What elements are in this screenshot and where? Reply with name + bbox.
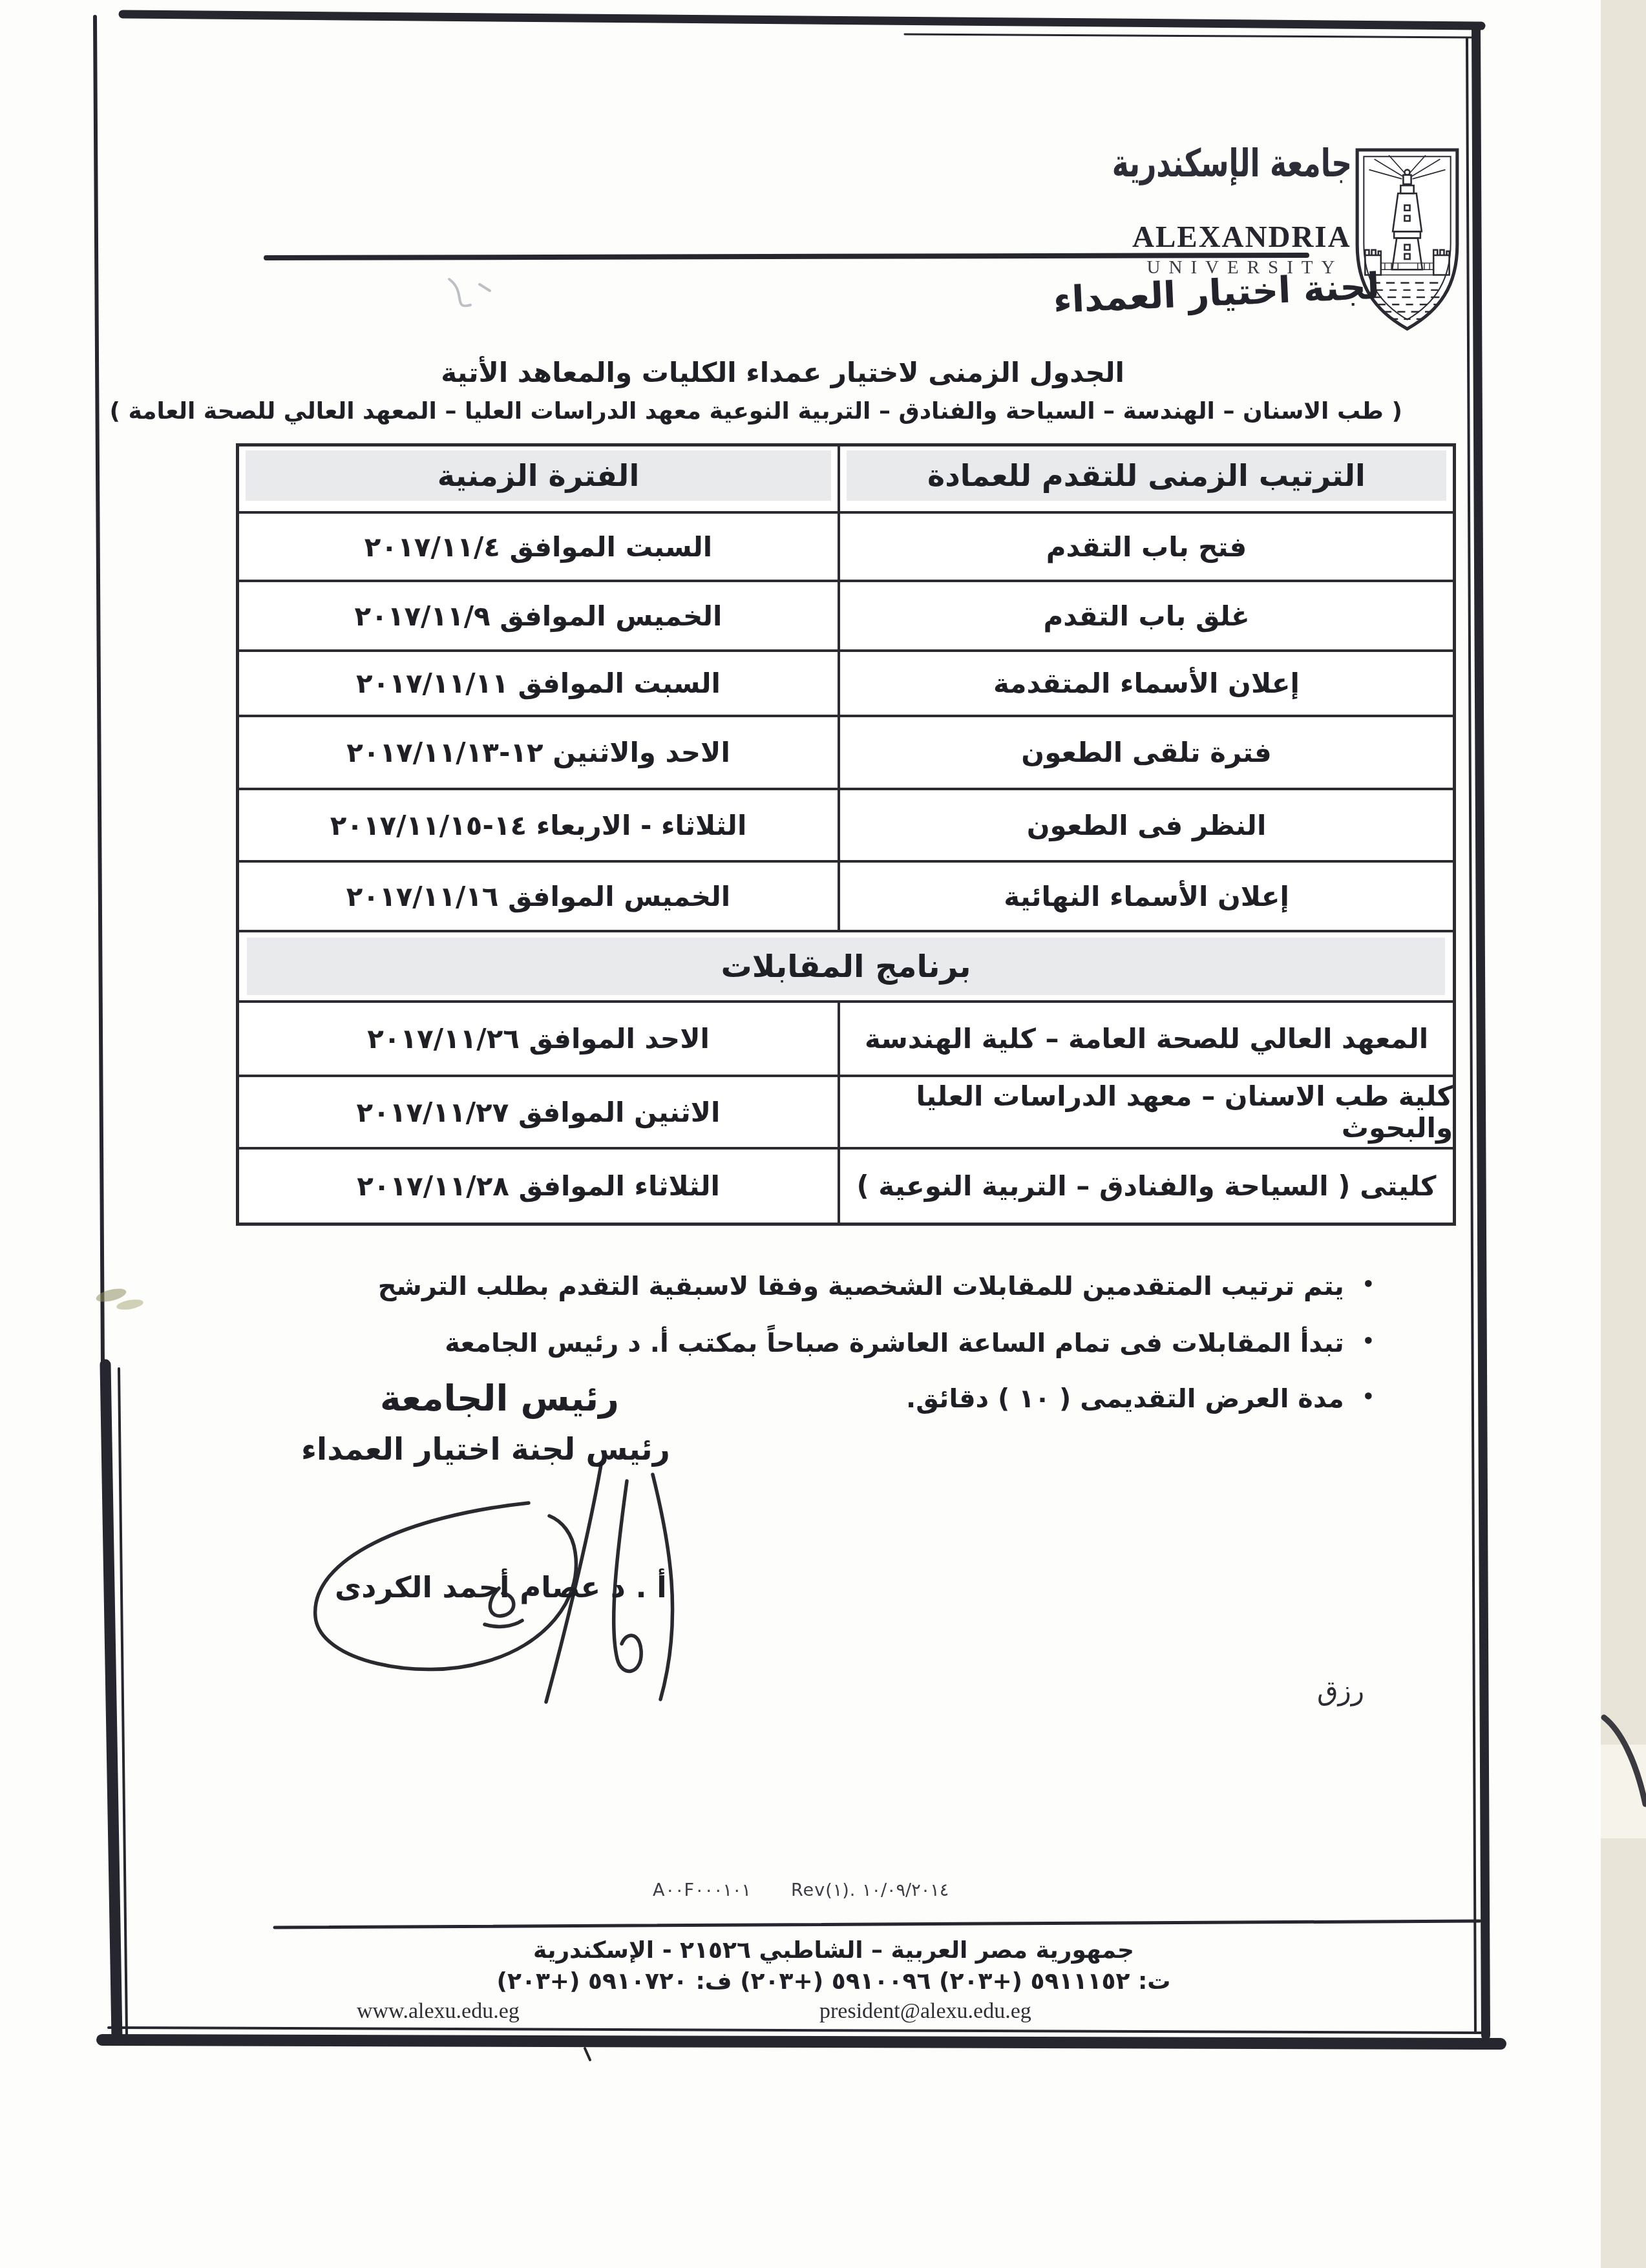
document-title: الجدول الزمنى لاختيار عمداء الكليات والم… <box>569 357 1124 388</box>
footer-website-link: www.alexu.edu.eg <box>357 1999 520 2024</box>
note-item: •مدة العرض التقديمى ( ١٠ ) دقائق. <box>906 1384 1375 1414</box>
scan-edge-light-band <box>1601 1745 1646 1838</box>
doc-revision: Rev(١). ١٠/٠٩/٢٠١٤ <box>791 1880 949 1900</box>
university-name-english: ALEXANDRIA <box>1132 220 1349 255</box>
row-period: السبت الموافق ٢٠١٧/١١/٤ <box>239 514 838 580</box>
interview-row: كليتى ( السياحة والفنادق – التربية النوع… <box>239 1150 1453 1223</box>
row-period: الاثنين الموافق ٢٠١٧/١١/٢٧ <box>239 1077 838 1147</box>
doc-code: A٠٠F٠٠٠١٠١ <box>653 1880 751 1900</box>
row-period: الاحد الموافق ٢٠١٧/١١/٢٦ <box>239 1003 838 1075</box>
signatory-name: أ . د عصام أحمد الكردى <box>335 1570 667 1604</box>
bullet-icon: • <box>1362 1274 1375 1296</box>
column-header-order: الترتيب الزمنى للتقدم للعمادة <box>838 446 1453 511</box>
doc-code-revision-line: A٠٠F٠٠٠١٠١Rev(١). ١٠/٠٩/٢٠١٤ <box>653 1880 949 1900</box>
interview-row: كلية طب الاسنان – معهد الدراسات العليا و… <box>239 1077 1453 1150</box>
row-label: فترة تلقى الطعون <box>838 717 1453 788</box>
interviews-section-header: برنامج المقابلات <box>239 932 1453 1003</box>
row-label: فتح باب التقدم <box>838 514 1453 580</box>
table-row: فتح باب التقدم السبت الموافق ٢٠١٧/١١/٤ <box>239 514 1453 582</box>
row-label: كلية طب الاسنان – معهد الدراسات العليا و… <box>838 1077 1453 1147</box>
note-item: •تبدأ المقابلات فى تمام الساعة العاشرة ص… <box>445 1328 1375 1358</box>
note-item: •يتم ترتيب المتقدمين للمقابلات الشخصية و… <box>378 1272 1375 1301</box>
ink-stain <box>116 1297 144 1311</box>
footer-address: جمهورية مصر العربية – الشاطبي ٢١٥٢٦ - ال… <box>271 1937 1396 1964</box>
scan-edge-strip <box>1601 0 1646 2268</box>
column-header-period: الفترة الزمنية <box>239 446 838 511</box>
footer-email-link: president@alexu.edu.eg <box>819 1999 1031 2024</box>
row-label: المعهد العالي للصحة العامة – كلية الهندس… <box>838 1003 1453 1075</box>
bullet-icon: • <box>1362 1386 1375 1409</box>
row-label: غلق باب التقدم <box>838 582 1453 649</box>
table-row: إعلان الأسماء المتقدمة السبت الموافق ٢٠١… <box>239 652 1453 717</box>
footer-phones: ت: ٥٩١١١٥٢ ‎(+٢٠٣)‎ ٥٩١٠٠٩٦ ‎(+٢٠٣)‎ ف: … <box>271 1968 1396 1995</box>
table-row: غلق باب التقدم الخميس الموافق ٢٠١٧/١١/٩ <box>239 582 1453 652</box>
row-label: النظر فى الطعون <box>838 790 1453 860</box>
row-period: الاحد والاثنين ١٢-٢٠١٧/١١/١٣ <box>239 717 838 788</box>
row-label: إعلان الأسماء النهائية <box>838 863 1453 930</box>
president-title: رئيس الجامعة <box>380 1378 619 1419</box>
schedule-table: الترتيب الزمنى للتقدم للعمادة الفترة الز… <box>236 443 1456 1226</box>
row-period: الخميس الموافق ٢٠١٧/١١/٩ <box>239 582 838 649</box>
row-period: السبت الموافق ٢٠١٧/١١/١١ <box>239 652 838 715</box>
scanned-document-page: جامعة الإسكندرية ALEXANDRIA UNIVERSITY ل… <box>0 0 1646 2268</box>
table-row: فترة تلقى الطعون الاحد والاثنين ١٢-٢٠١٧/… <box>239 717 1453 790</box>
row-period: الثلاثاء الموافق ٢٠١٧/١١/٢٨ <box>239 1150 838 1223</box>
handwritten-annotation: رزق <box>1317 1675 1364 1706</box>
row-label: إعلان الأسماء المتقدمة <box>838 652 1453 715</box>
row-label: كليتى ( السياحة والفنادق – التربية النوع… <box>838 1150 1453 1223</box>
table-header-row: الترتيب الزمنى للتقدم للعمادة الفترة الز… <box>239 446 1453 514</box>
row-period: الخميس الموافق ٢٠١٧/١١/١٦ <box>239 863 838 930</box>
note-text: يتم ترتيب المتقدمين للمقابلات الشخصية وف… <box>378 1272 1344 1301</box>
note-text: تبدأ المقابلات فى تمام الساعة العاشرة صب… <box>445 1328 1344 1358</box>
row-period: الثلاثاء - الاربعاء ١٤-٢٠١٧/١١/١٥ <box>239 790 838 860</box>
university-arabic-calligraphy: جامعة الإسكندرية <box>1126 142 1352 186</box>
document-subtitle-faculties: ( طب الاسنان – الهندسة – السياحة والفناد… <box>252 398 1402 425</box>
interview-row: المعهد العالي للصحة العامة – كلية الهندس… <box>239 1003 1453 1077</box>
bullet-icon: • <box>1362 1330 1375 1353</box>
note-text: مدة العرض التقديمى ( ١٠ ) دقائق. <box>906 1384 1344 1414</box>
table-row: النظر فى الطعون الثلاثاء - الاربعاء ١٤-٢… <box>239 790 1453 863</box>
table-row: إعلان الأسماء النهائية الخميس الموافق ٢٠… <box>239 863 1453 932</box>
